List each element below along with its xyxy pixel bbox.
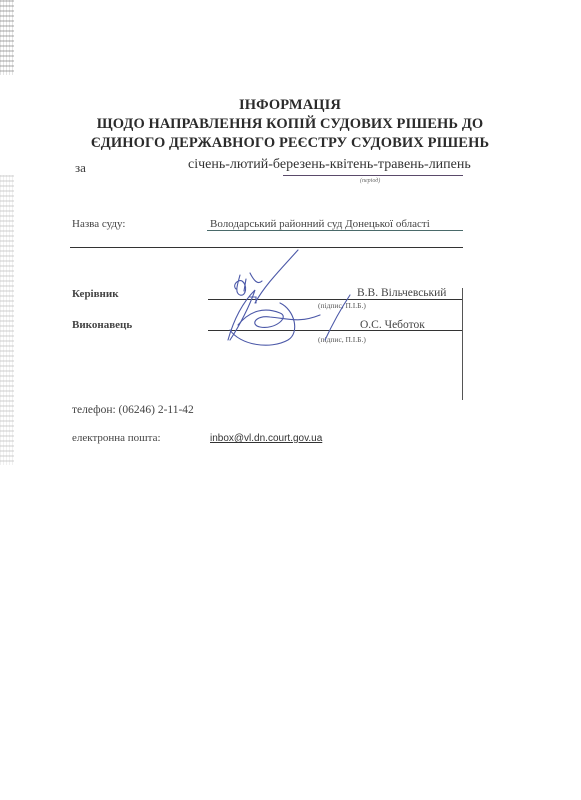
- document-title: ІНФОРМАЦІЯ ЩОДО НАПРАВЛЕННЯ КОПІЙ СУДОВИ…: [60, 96, 520, 153]
- title-line-3: ЄДИНОГО ДЕРЖАВНОГО РЕЄСТРУ СУДОВИХ РІШЕН…: [60, 134, 520, 153]
- scan-edge-artifact: [0, 175, 14, 465]
- email-label: електронна пошта:: [72, 432, 161, 444]
- handwritten-signature-icon: [210, 245, 360, 355]
- court-name: Володарський районний суд Донецької обла…: [210, 218, 430, 230]
- period-prefix: за: [75, 160, 86, 176]
- right-border-line: [462, 288, 463, 400]
- phone-text: телефон: (06246) 2-11-42: [72, 404, 194, 416]
- email-link[interactable]: inbox@vl.dn.court.gov.ua: [210, 433, 322, 444]
- period-value: січень-лютий-березень-квітень-травень-ли…: [188, 157, 471, 173]
- title-line-1: ІНФОРМАЦІЯ: [60, 96, 520, 115]
- signature-role-executor: Виконавець: [72, 319, 132, 331]
- scan-edge-artifact: [0, 0, 14, 75]
- period-underline: [283, 175, 463, 176]
- title-line-2: ЩОДО НАПРАВЛЕННЯ КОПІЙ СУДОВИХ РІШЕНЬ ДО: [60, 115, 520, 134]
- court-underline: [207, 230, 463, 231]
- signature-name-head: В.В. Вільчевський: [357, 287, 446, 299]
- period-caption: (період): [360, 178, 380, 184]
- signature-role-head: Керівник: [72, 288, 119, 300]
- court-label: Назва суду:: [72, 218, 125, 230]
